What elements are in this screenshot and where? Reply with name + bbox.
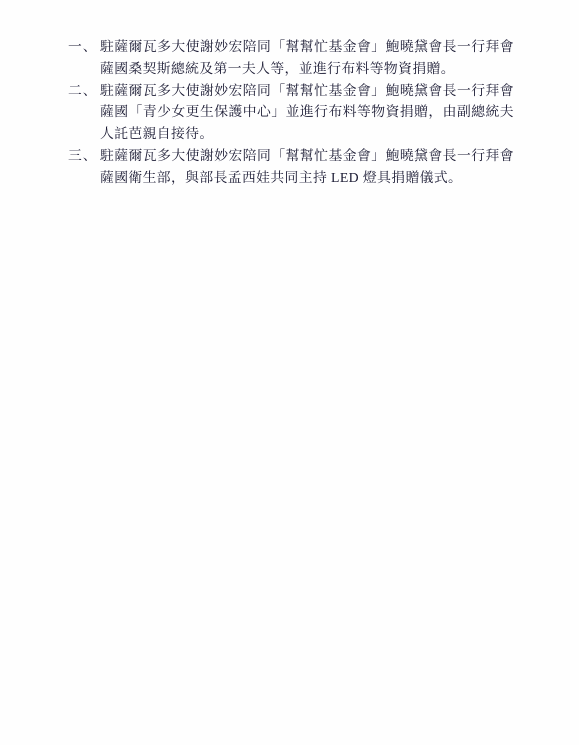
numbered-paragraph-list: 一、 駐薩爾瓦多大使謝妙宏陪同「幫幫忙基金會」鮑曉黛會長一行拜會薩國桑契斯總統及…: [68, 36, 514, 189]
list-item-text: 駐薩爾瓦多大使謝妙宏陪同「幫幫忙基金會」鮑曉黛會長一行拜會薩國「青少女更生保護中…: [100, 80, 514, 145]
document-page: 一、 駐薩爾瓦多大使謝妙宏陪同「幫幫忙基金會」鮑曉黛會長一行拜會薩國桑契斯總統及…: [0, 0, 579, 745]
list-item-text: 駐薩爾瓦多大使謝妙宏陪同「幫幫忙基金會」鮑曉黛會長一行拜會薩國衛生部，與部長孟西…: [100, 145, 514, 189]
list-item-marker: 三、: [68, 145, 100, 167]
list-item-marker: 一、: [68, 36, 100, 58]
list-item: 三、 駐薩爾瓦多大使謝妙宏陪同「幫幫忙基金會」鮑曉黛會長一行拜會薩國衛生部，與部…: [68, 145, 514, 189]
list-item: 二、 駐薩爾瓦多大使謝妙宏陪同「幫幫忙基金會」鮑曉黛會長一行拜會薩國「青少女更生…: [68, 80, 514, 145]
list-item: 一、 駐薩爾瓦多大使謝妙宏陪同「幫幫忙基金會」鮑曉黛會長一行拜會薩國桑契斯總統及…: [68, 36, 514, 80]
list-item-text: 駐薩爾瓦多大使謝妙宏陪同「幫幫忙基金會」鮑曉黛會長一行拜會薩國桑契斯總統及第一夫…: [100, 36, 514, 80]
list-item-marker: 二、: [68, 80, 100, 102]
